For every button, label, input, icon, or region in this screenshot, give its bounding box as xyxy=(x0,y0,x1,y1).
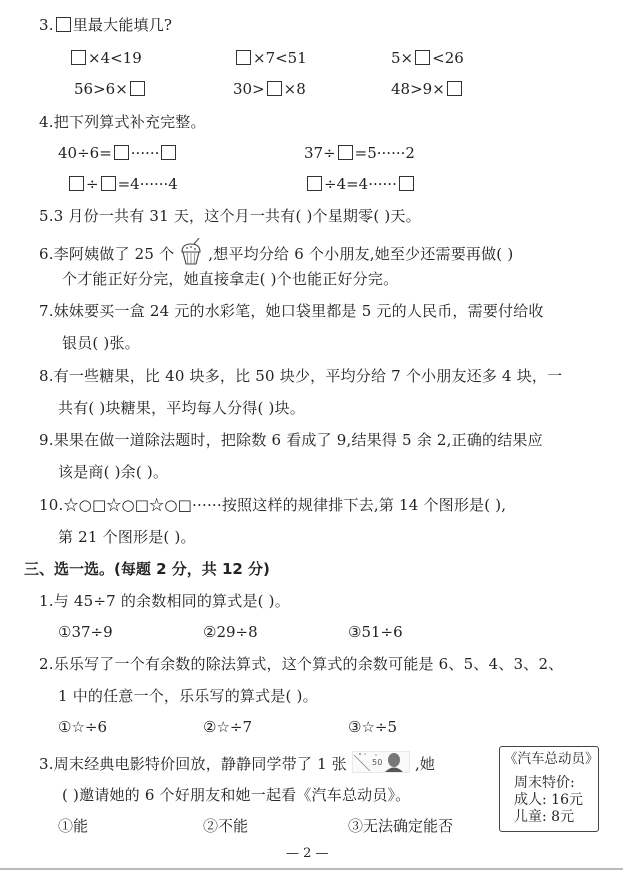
answer-box[interactable] xyxy=(415,50,430,65)
section-3-title: 三、选一选。(每题 2 分，共 12 分) xyxy=(24,558,270,580)
price-box-label: 周末特价: xyxy=(504,775,594,792)
q6-line2: 个才能正好分完，她直接拿走( )个也能正好分完。 xyxy=(62,268,398,290)
q3-item-2: ×7<51 xyxy=(234,47,307,69)
answer-box[interactable] xyxy=(56,17,71,32)
banknote-50-icon: 50 xyxy=(352,751,410,779)
answer-box[interactable] xyxy=(101,176,116,191)
q10-line2: 第 21 个图形是( )。 xyxy=(58,526,196,548)
price-adult: 成人: 16元 xyxy=(504,792,594,809)
q3-item-4: 56>6× xyxy=(74,78,147,100)
q7-line2: 银员( )张。 xyxy=(62,332,140,354)
price-box-title: 《汽车总动员》 xyxy=(504,751,594,768)
price-info-box: 《汽车总动员》 周末特价: 成人: 16元 儿童: 8元 xyxy=(499,746,599,832)
svg-text:50: 50 xyxy=(372,758,383,767)
q3-title: 3.里最大能填几? xyxy=(39,14,172,36)
cupcake-icon xyxy=(179,238,203,272)
q5-text: 5.3 月份一共有 31 天，这个月一共有( )个星期零( )天。 xyxy=(39,205,421,227)
answer-box[interactable] xyxy=(236,50,251,65)
c2-option-1[interactable]: ①☆÷6 xyxy=(58,716,107,738)
q8-line2: 共有( )块糖果，平均每人分得( )块。 xyxy=(58,397,305,419)
answer-box[interactable] xyxy=(307,176,322,191)
q4-item-2: 37÷=5······2 xyxy=(304,142,415,164)
answer-box[interactable] xyxy=(69,176,84,191)
q7-line1: 7.妹妹要买一盒 24 元的水彩笔，她口袋里都是 5 元的人民币，需要付给收 xyxy=(39,300,544,322)
q10-line1: 10.☆○□☆○□☆○□······按照这样的规律排下去,第 14 个图形是( … xyxy=(39,494,506,516)
c1-stem: 1.与 45÷7 的余数相同的算式是( )。 xyxy=(39,590,290,612)
c3-option-1[interactable]: ①能 xyxy=(58,815,88,837)
c2-line2: 1 中的任意一个，乐乐写的算式是( )。 xyxy=(58,685,318,707)
q4-title: 4.把下列算式补充完整。 xyxy=(39,111,206,133)
q3-number: 3. xyxy=(39,16,54,34)
c1-option-2[interactable]: ②29÷8 xyxy=(203,621,258,643)
q3-item-6: 48>9× xyxy=(391,78,464,100)
c1-option-1[interactable]: ①37÷9 xyxy=(58,621,113,643)
answer-box[interactable] xyxy=(161,145,176,160)
c3-line2: ( )邀请她的 6 个好朋友和她一起看《汽车总动员》。 xyxy=(62,784,410,806)
answer-box[interactable] xyxy=(130,81,145,96)
answer-box[interactable] xyxy=(447,81,462,96)
q3-item-1: ×4<19 xyxy=(69,47,142,69)
c2-option-2[interactable]: ②☆÷7 xyxy=(203,716,252,738)
q4-item-4: ÷4=4······ xyxy=(305,173,416,195)
q3-text: 里最大能填几? xyxy=(73,16,172,34)
c1-option-3[interactable]: ③51÷6 xyxy=(348,621,403,643)
c2-option-3[interactable]: ③☆÷5 xyxy=(348,716,397,738)
c3-option-2[interactable]: ②不能 xyxy=(203,815,248,837)
q8-line1: 8.有一些糖果，比 40 块多，比 50 块少，平均分给 7 个小朋友还多 4 … xyxy=(39,365,562,387)
q9-line2: 该是商( )余( )。 xyxy=(58,461,168,483)
c3-option-3[interactable]: ③无法确定能否 xyxy=(348,815,453,837)
q4-item-1: 40÷6=······ xyxy=(58,142,178,164)
c3-line1: 3.周末经典电影特价回放，静静同学带了 1 张 50 ,她 xyxy=(39,751,435,779)
answer-box[interactable] xyxy=(114,145,129,160)
q3-item-3: 5×<26 xyxy=(391,47,464,69)
answer-box[interactable] xyxy=(71,50,86,65)
c2-line1: 2.乐乐写了一个有余数的除法算式，这个算式的余数可能是 6、5、4、3、2、 xyxy=(39,653,563,675)
q4-item-3: ÷=4······4 xyxy=(67,173,178,195)
q3-item-5: 30>×8 xyxy=(233,78,306,100)
answer-box[interactable] xyxy=(399,176,414,191)
page-number: — 2 — xyxy=(286,846,329,861)
answer-box[interactable] xyxy=(267,81,282,96)
price-child: 儿童: 8元 xyxy=(504,809,594,826)
q9-line1: 9.果果在做一道除法题时，把除数 6 看成了 9,结果得 5 余 2,正确的结果… xyxy=(39,429,543,451)
bottom-divider xyxy=(0,868,623,870)
answer-box[interactable] xyxy=(338,145,353,160)
q6-line1: 6.李阿姨做了 25 个 ,想平均分给 6 个小朋友,她至少还需要再做( ) xyxy=(39,238,513,272)
